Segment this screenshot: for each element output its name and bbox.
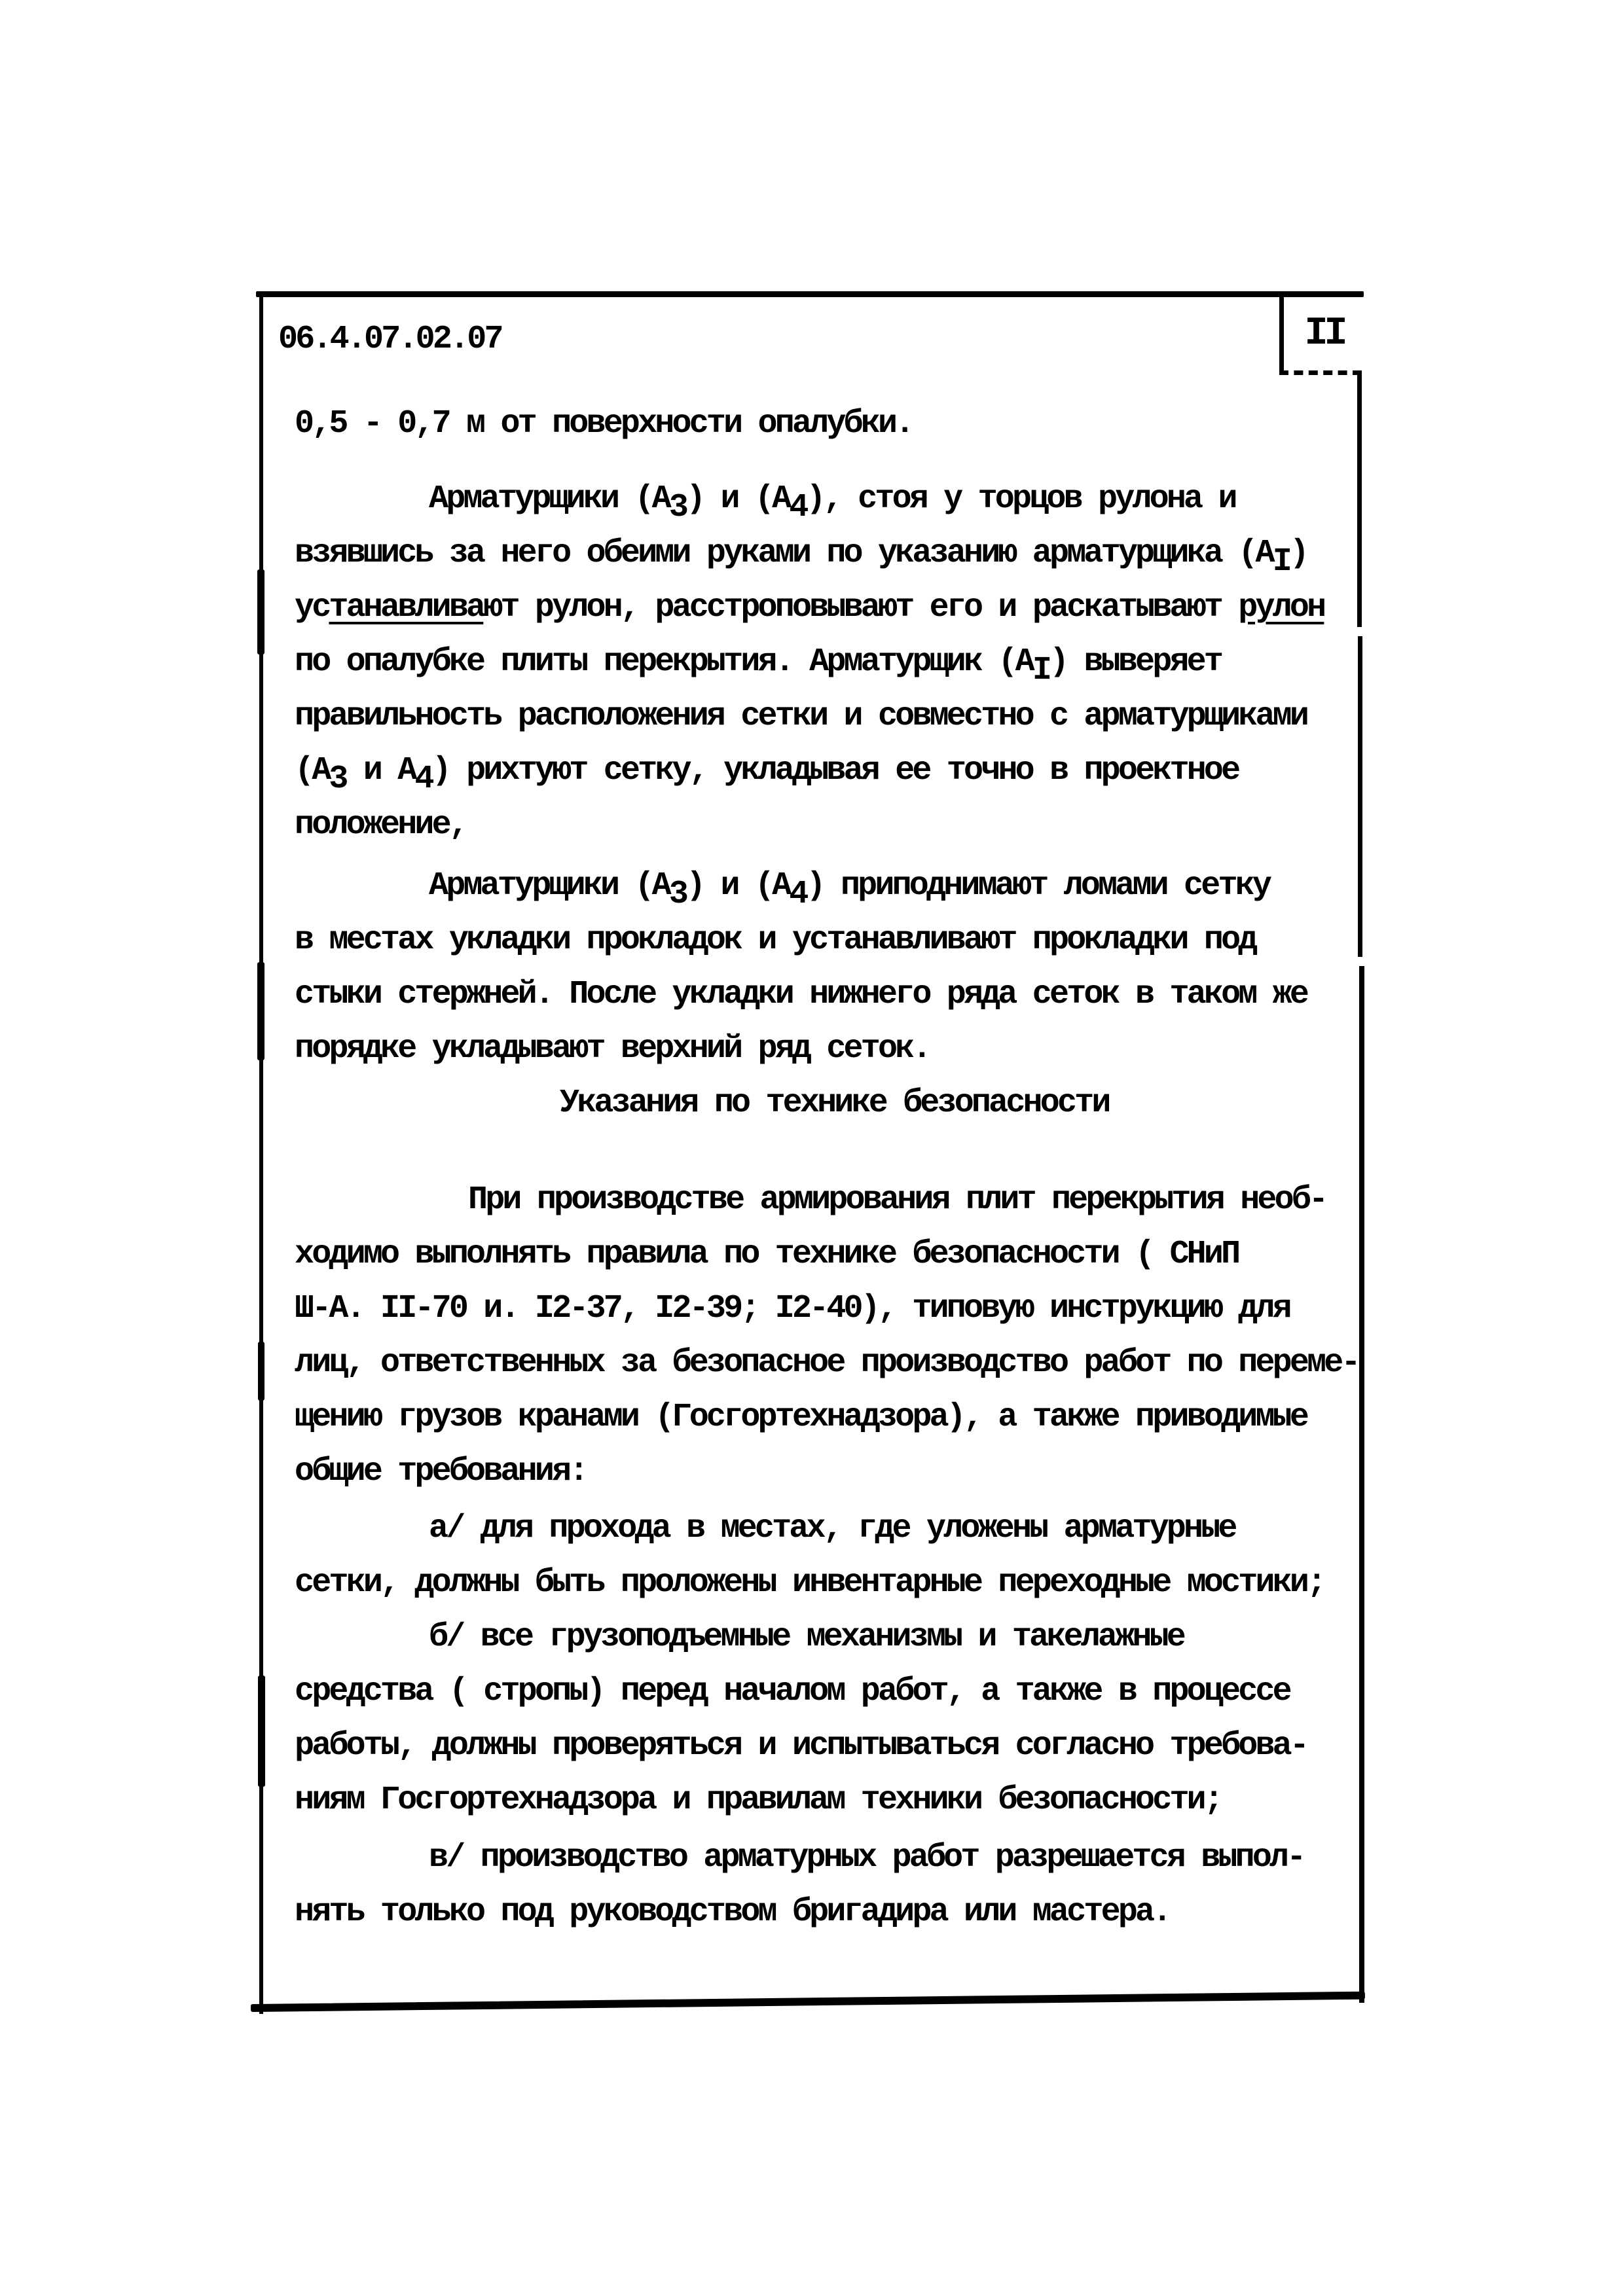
underlined-text: рулон [1238,589,1324,626]
frame-border-top [256,291,1364,297]
text-line: а/ для прохода в местах, где уложены арм… [295,1501,1362,1556]
text-line: положение, [295,798,1362,852]
subscript-text: 3 [669,489,686,526]
text-line: общие требования: [295,1444,1362,1499]
text-segment: работы, должны проверяться и испытыватьс… [295,1727,1307,1765]
text-segment: Ш-А. II-70 и. I2-37, I2-39; I2-40), типо… [295,1290,1290,1327]
text-segment: При производстве армирования плит перекр… [468,1181,1326,1219]
text-segment: по опалубке плиты перекрытия. Арматурщик… [295,643,1032,681]
text-line: устанавливают рулон, расстроповывают его… [295,581,1362,635]
scan-artifact [258,1342,264,1401]
text-line: Ш-А. II-70 и. I2-37, I2-39; I2-40), типо… [295,1282,1362,1336]
text-line: по опалубке плиты перекрытия. Арматурщик… [295,635,1362,689]
text-segment: Арматурщики (А [429,480,669,518]
text-line: ниям Госгортехнадзора и правилам техники… [295,1773,1362,1827]
text-segment: Указания по технике безопасности [560,1085,1109,1122]
text-line: б/ все грузоподъемные механизмы и такела… [295,1610,1362,1664]
text-line: стыки стержней. После укладки нижнего ря… [295,967,1362,1022]
text-segment: в местах укладки прокладок и устанавлива… [295,922,1255,959]
page-number-box: II [1279,297,1362,375]
text-line: в/ производство арматурных работ разреша… [295,1831,1362,1885]
text-line: щению грузов кранами (Госгортехнадзора),… [295,1390,1362,1444]
text-segment: лиц, ответственных за безопасное произво… [295,1344,1359,1382]
text-line: сетки, должны быть проложены инвентарные… [295,1556,1362,1610]
subscript-text: I [1273,543,1290,581]
text-line: Арматурщики (А3) и (А4), стоя у торцов р… [295,472,1362,526]
subscript-text: I [1032,652,1049,689]
text-line: правильность расположения сетки и совмес… [295,689,1362,744]
text-line: 0,5 - 0,7 м от поверхности опалубки. [295,397,1362,451]
text-segment: щению грузов кранами (Госгортехнадзора),… [295,1399,1307,1436]
text-segment: 0,5 - 0,7 м от поверхности опалубки. [295,405,912,442]
text-segment: в/ производство арматурных работ разреша… [429,1839,1304,1876]
text-line: взявшись за него обеими руками по указан… [295,526,1362,581]
text-segment: правильность расположения сетки и совмес… [295,698,1307,735]
text-segment: и А [346,752,415,789]
underlined-text: танавлива [329,589,483,626]
document-page: II 06.4.07.02.07 0,5 - 0,7 м от поверхно… [0,0,1623,2296]
scan-artifact [257,962,264,1060]
text-line: лиц, ответственных за безопасное произво… [295,1336,1362,1390]
text-segment: б/ все грузоподъемные механизмы и такела… [429,1619,1184,1656]
text-segment: ) и (А [686,867,789,905]
text-line: работы, должны проверяться и испытыватьс… [295,1719,1362,1773]
text-segment: ниям Госгортехнадзора и правилам техники… [295,1782,1221,1819]
text-segment: а/ для прохода в местах, где уложены арм… [429,1510,1235,1547]
text-segment: порядке укладывают верхний ряд сеток. [295,1030,930,1067]
text-line: нять только под руководством бригадира и… [295,1885,1362,1939]
document-body: 0,5 - 0,7 м от поверхности опалубки.Арма… [295,397,1362,1939]
text-segment: общие требования: [295,1453,586,1490]
text-segment: ) рихтуют сетку, укладывая ее точно в пр… [432,752,1239,789]
text-segment: положение, [295,806,466,844]
text-segment: Арматурщики (А [429,867,669,905]
text-segment: ), стоя у торцов рулона и [807,480,1235,518]
subscript-text: 3 [329,761,346,798]
text-segment: стыки стержней. После укладки нижнего ря… [295,976,1307,1013]
text-segment: взявшись за него обеими руками по указан… [295,535,1273,572]
subscript-text: 4 [789,876,806,913]
text-line: (А3 и А4) рихтуют сетку, укладывая ее то… [295,744,1362,798]
text-line: Указания по технике безопасности [295,1076,1362,1130]
text-segment: сетки, должны быть проложены инвентарные… [295,1564,1324,1602]
text-segment: ) [1290,535,1307,572]
scan-artifact [258,1676,265,1787]
text-line: порядке укладывают верхний ряд сеток. [295,1022,1362,1076]
text-segment: нять только под руководством бригадира и… [295,1893,1169,1931]
text-line: ходимо выполнять правила по технике безо… [295,1227,1362,1282]
subscript-text: 3 [669,876,686,913]
text-line: При производстве армирования плит перекр… [295,1173,1362,1227]
text-segment: ) и (А [686,480,789,518]
text-line: в местах укладки прокладок и устанавлива… [295,913,1362,967]
text-segment: средства ( стропы) перед началом работ, … [295,1673,1290,1710]
text-segment: (А [295,752,329,789]
scan-artifact [257,569,264,655]
subscript-text: 4 [789,489,806,526]
text-segment: ус [295,589,329,626]
text-segment: ) выверяет [1049,643,1221,681]
document-code: 06.4.07.02.07 [278,323,501,356]
text-segment: ют рулон, расстроповывают его и раскатыв… [483,589,1238,626]
subscript-text: 4 [414,761,431,798]
page-number: II [1302,314,1343,353]
frame-border-bottom [251,1992,1365,2012]
text-line: Арматурщики (А3) и (А4) приподнимают лом… [295,859,1362,913]
text-segment: ) приподнимают ломами сетку [807,867,1270,905]
text-line: средства ( стропы) перед началом работ, … [295,1664,1362,1719]
text-segment: ходимо выполнять правила по технике безо… [295,1236,1238,1273]
